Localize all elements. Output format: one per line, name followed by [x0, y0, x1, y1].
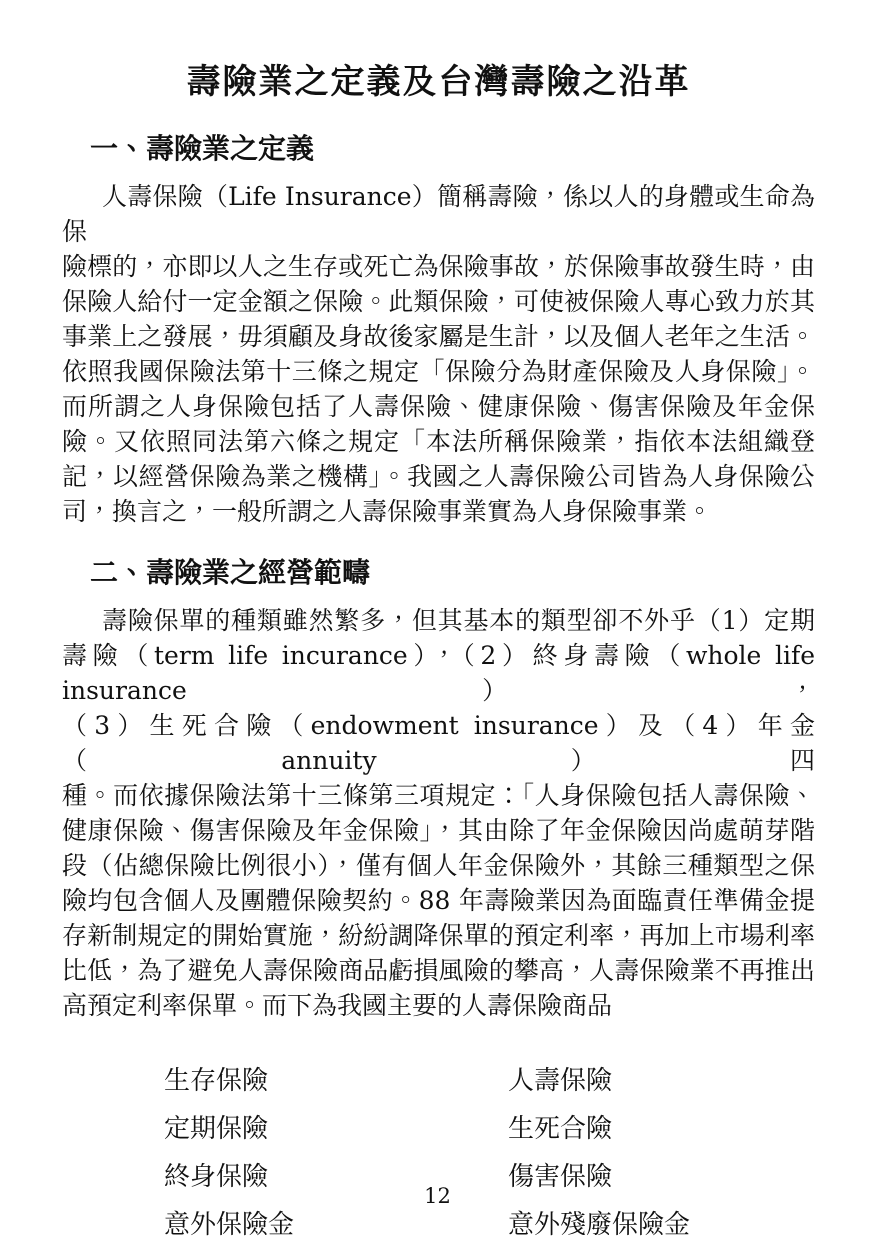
- product-item: 意外殘廢保險金: [508, 1204, 815, 1240]
- product-item: 生存保險: [164, 1060, 508, 1097]
- paragraph-line: 險。又依照同法第六條之規定「本法所稱保險業，指依本法組織登: [62, 424, 815, 459]
- paragraph-line: 而所謂之人身保險包括了人壽保險、健康保險、傷害保險及年金保: [62, 389, 815, 424]
- paragraph-line: 險標的，亦即以人之生存或死亡為保險事故，於保險事故發生時，由: [62, 249, 815, 284]
- paragraph-line: 壽險保單的種類雖然繁多，但其基本的類型卻不外乎（1）定期: [62, 603, 815, 638]
- page-title: 壽險業之定義及台灣壽險之沿革: [62, 0, 815, 107]
- paragraph-line: 事業上之發展，毋須顧及身故後家屬是生計，以及個人老年之生活。: [62, 319, 815, 354]
- paragraph-line: 高預定利率保單。而下為我國主要的人壽保險商品: [62, 988, 815, 1023]
- section-1-heading: 一、壽險業之定義: [90, 131, 815, 166]
- paragraph-line: 人壽保險（Life Insurance）簡稱壽險，係以人的身體或生命為保: [62, 179, 815, 249]
- product-item: 意外保險金: [164, 1204, 508, 1240]
- document-page: 壽險業之定義及台灣壽險之沿革 一、壽險業之定義 人壽保險（Life Insura…: [0, 0, 875, 1240]
- product-row: 生存保險 人壽保險: [62, 1054, 815, 1102]
- paragraph-line: 存新制規定的開始實施，紛紛調降保單的預定利率，再加上市場利率: [62, 918, 815, 953]
- page-number: 12: [0, 1184, 875, 1208]
- paragraph-line: （3）生死合險（endowment insurance）及（4）年金（annui…: [62, 708, 815, 778]
- section-definition: 一、壽險業之定義 人壽保險（Life Insurance）簡稱壽險，係以人的身體…: [62, 131, 815, 529]
- product-item: 生死合險: [508, 1108, 815, 1145]
- section-business-scope: 二、壽險業之經營範疇 壽險保單的種類雖然繁多，但其基本的類型卻不外乎（1）定期 …: [62, 555, 815, 1023]
- paragraph-line: 保險人給付一定金額之保險。此類保險，可使被保險人專心致力於其: [62, 284, 815, 319]
- paragraph-line: 種。而依據保險法第十三條第三項規定：「人身保險包括人壽保險、: [62, 778, 815, 813]
- paragraph-line: 比低，為了避免人壽保險商品虧損風險的攀高，人壽保險業不再推出: [62, 953, 815, 988]
- section-2-heading: 二、壽險業之經營範疇: [90, 555, 815, 590]
- paragraph-line: 依照我國保險法第十三條之規定「保險分為財產保險及人身保險」。: [62, 354, 815, 389]
- product-item: 定期保險: [164, 1108, 508, 1145]
- page-content: 壽險業之定義及台灣壽險之沿革 一、壽險業之定義 人壽保險（Life Insura…: [62, 0, 815, 1240]
- paragraph-line: 壽險（term life incurance），（2）終身壽險（whole li…: [62, 638, 815, 708]
- section-1-paragraph: 人壽保險（Life Insurance）簡稱壽險，係以人的身體或生命為保 險標的…: [62, 179, 815, 529]
- product-row: 定期保險 生死合險: [62, 1102, 815, 1150]
- section-2-paragraph: 壽險保單的種類雖然繁多，但其基本的類型卻不外乎（1）定期 壽險（term lif…: [62, 603, 815, 1023]
- insurance-products-list: 生存保險 人壽保險 定期保險 生死合險 終身保險 傷害保險 意外保險金 意外殘廢…: [62, 1054, 815, 1240]
- paragraph-line: 健康保險、傷害保險及年金保險」，其由除了年金保險因尚處萌芽階: [62, 813, 815, 848]
- paragraph-line: 司，換言之，一般所謂之人壽保險事業實為人身保險事業。: [62, 494, 815, 529]
- paragraph-line: 記，以經營保險為業之機構」。我國之人壽保險公司皆為人身保險公: [62, 459, 815, 494]
- product-item: 人壽保險: [508, 1060, 815, 1097]
- paragraph-line: 段（佔總保險比例很小），僅有個人年金保險外，其餘三種類型之保: [62, 848, 815, 883]
- paragraph-line: 險均包含個人及團體保險契約。88 年壽險業因為面臨責任準備金提: [62, 883, 815, 918]
